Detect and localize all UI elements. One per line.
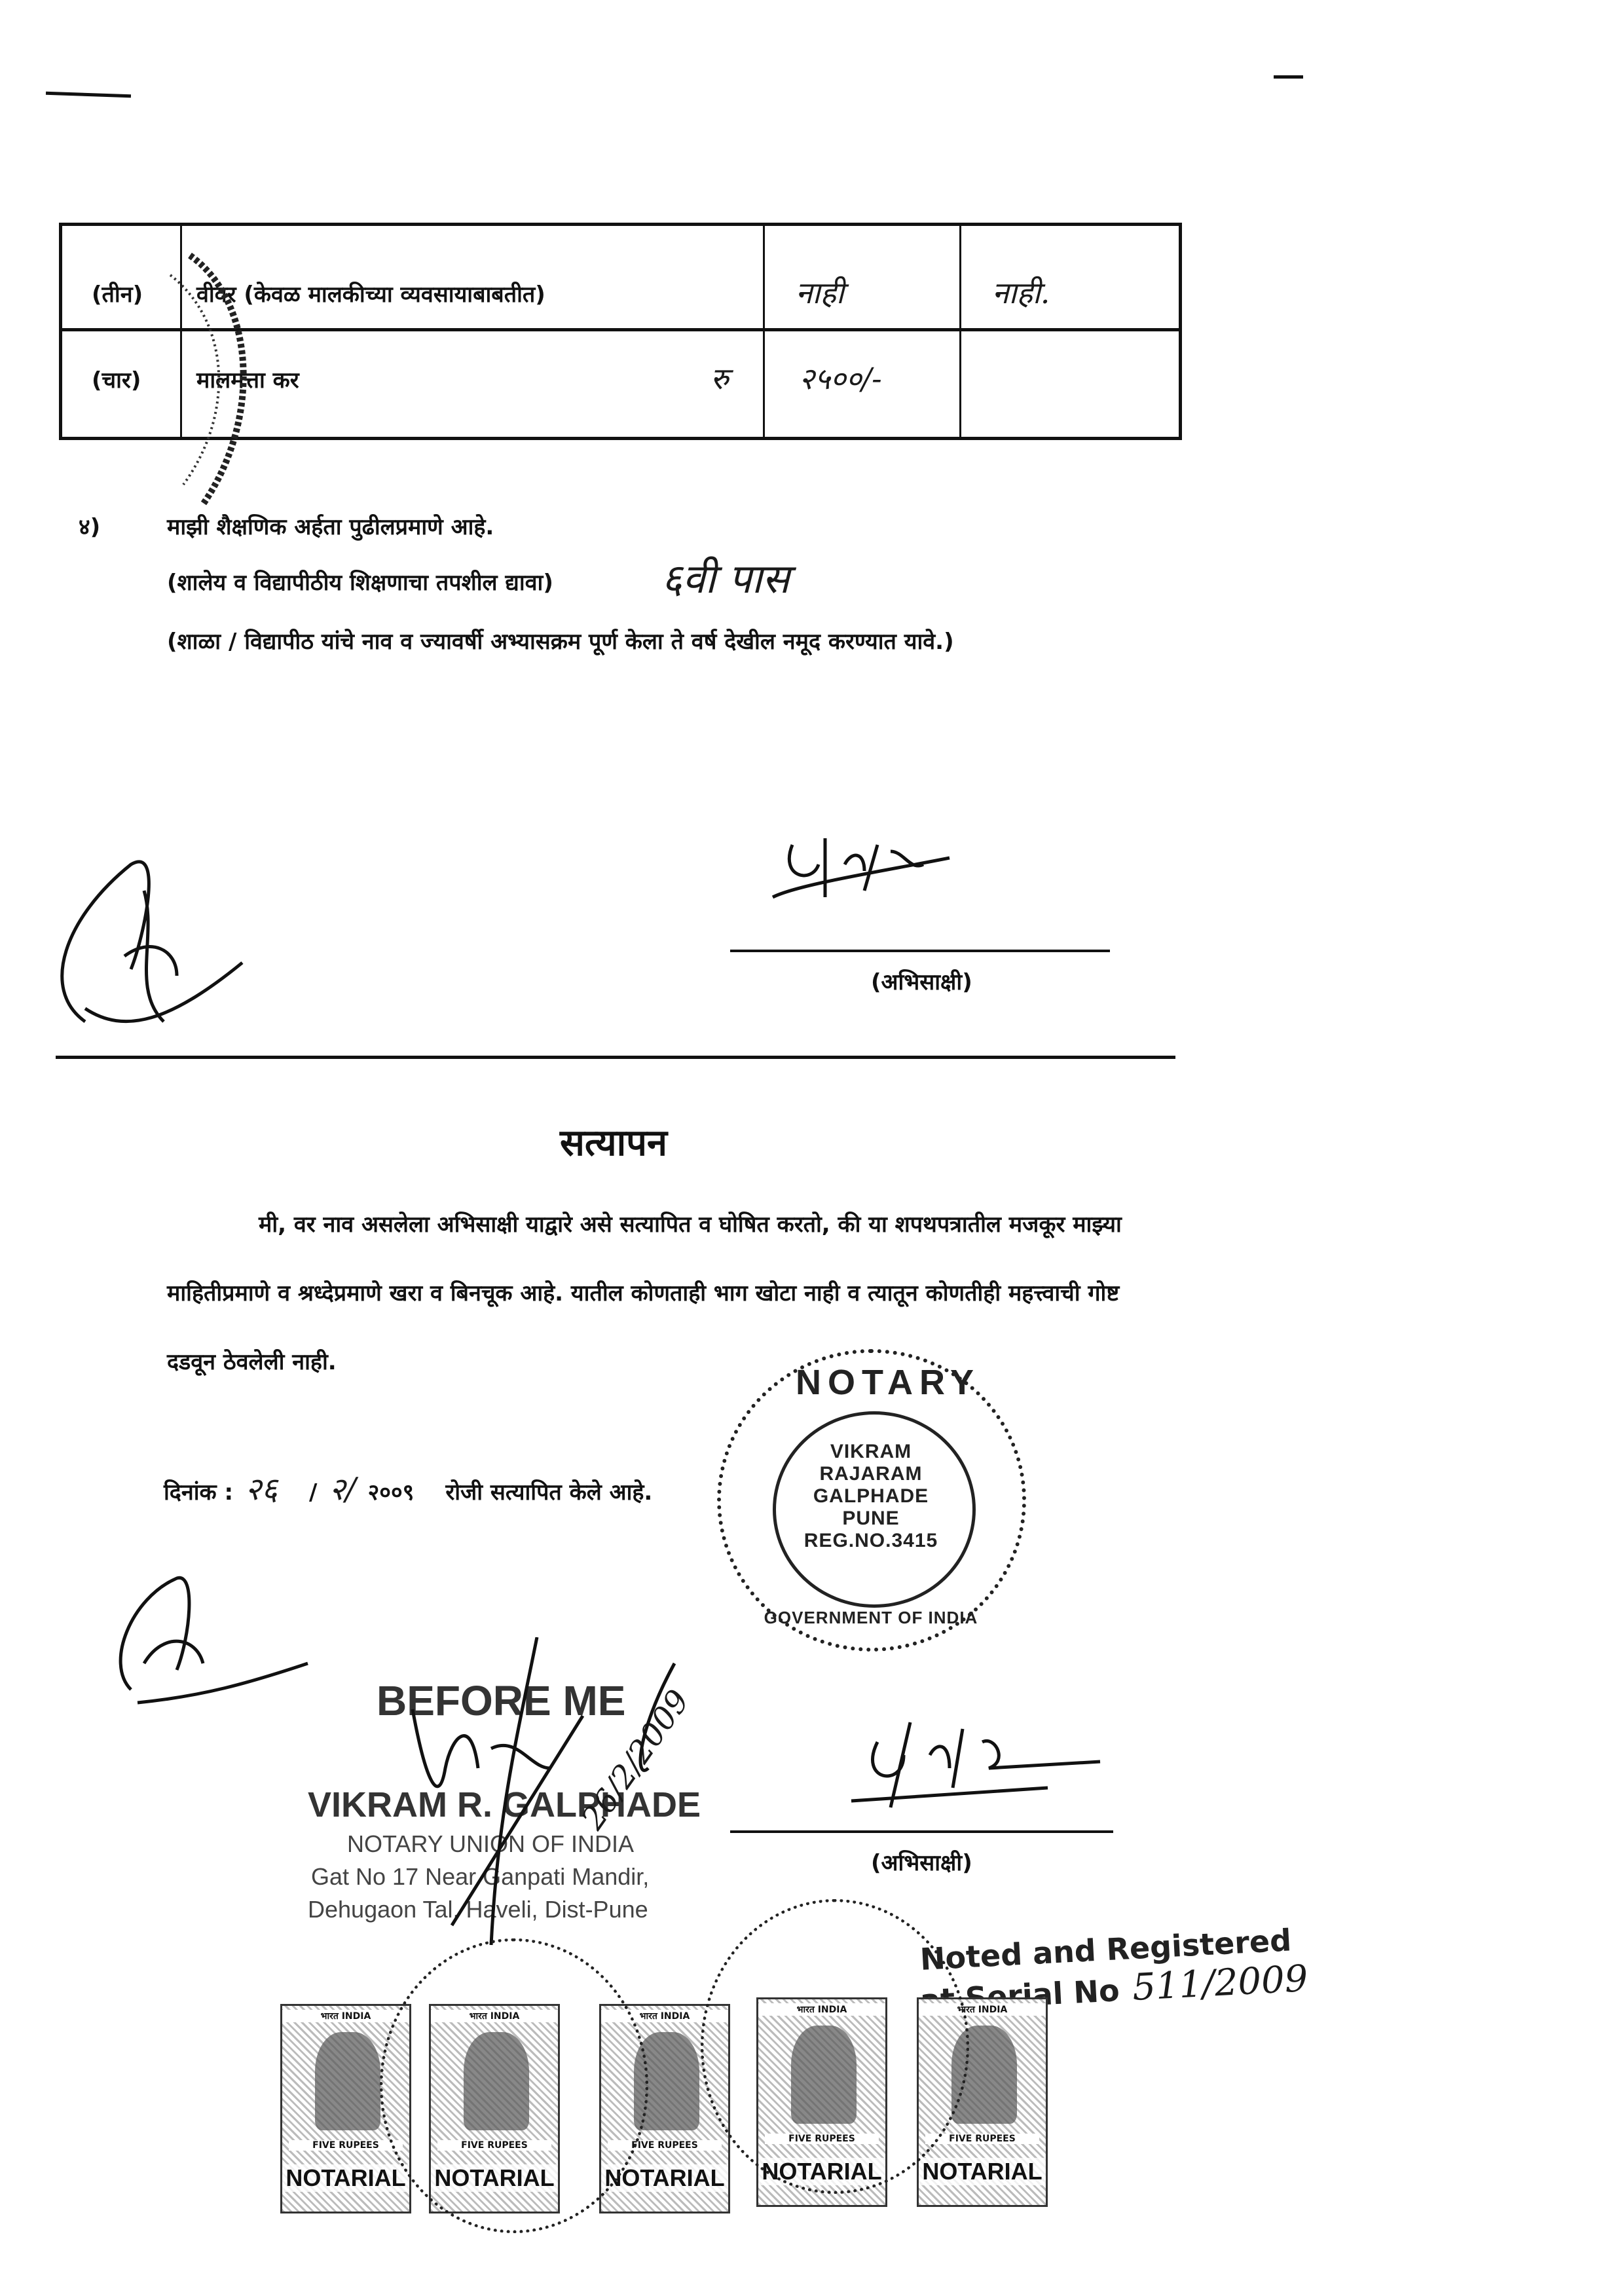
row-index: (चार) — [92, 364, 141, 394]
date-month: २/ — [329, 1467, 356, 1509]
education-number: ४) — [79, 511, 100, 541]
seal-overlay-left — [380, 1938, 648, 2233]
row-value-1: २५००/- — [799, 358, 882, 398]
signature-label-1: (अभिसाक्षी) — [871, 966, 972, 996]
signature-line-1 — [730, 950, 1110, 952]
date-separator: / — [309, 1479, 317, 1506]
education-heading: माझी शैक्षणिक अर्हता पुढीलप्रमाणे आहे. — [167, 511, 494, 541]
verification-title: सत्यापन — [560, 1117, 667, 1166]
row-index: (तीन) — [92, 278, 143, 308]
witness-signature-1 — [753, 825, 976, 923]
date-year: २००९ — [368, 1476, 415, 1506]
row-value-2: नाही. — [992, 272, 1050, 312]
stamp-label: NOTARIAL — [919, 2158, 1046, 2185]
deponent-signature-2 — [105, 1559, 321, 1716]
seal-outer-top: NOTARY — [796, 1362, 953, 1403]
date-suffix: रोजी सत्यापित केले आहे. — [445, 1476, 652, 1506]
seal-arc-icon — [164, 249, 308, 511]
currency-symbol: रु — [710, 358, 729, 398]
verification-para-line-2: माहितीप्रमाणे व श्रध्देप्रमाणे खरा व बिन… — [167, 1277, 1119, 1307]
stamp-label: NOTARIAL — [282, 2164, 409, 2192]
scan-mark-top-left — [46, 92, 131, 98]
witness-signature-2 — [838, 1716, 1113, 1814]
seal-line: PUNE — [779, 1508, 963, 1530]
seal-line: VIKRAM — [779, 1441, 963, 1463]
seal-line: GALPHADE — [779, 1485, 963, 1508]
section-divider — [56, 1056, 1175, 1059]
row-value-1: नाही — [796, 272, 844, 312]
signature-line-2 — [730, 1830, 1113, 1833]
registration-serial-value: 511/2009 — [1132, 1957, 1309, 2009]
signature-label-2: (अभिसाक्षी) — [871, 1847, 972, 1877]
verification-date: दिनांक : २६ / २/ २००९ रोजी सत्यापित केले… — [164, 1467, 652, 1509]
education-handwritten-value: ६वी पास — [661, 550, 790, 605]
verification-para-line-3: दडवून ठेवलेली नाही. — [167, 1346, 337, 1376]
date-day: २६ — [245, 1467, 278, 1509]
education-instruction: (शालेय व विद्यापीठीय शिक्षणाचा तपशील द्य… — [167, 566, 553, 597]
emblem-icon — [315, 2032, 380, 2130]
education-note: (शाळा / विद्यापीठ यांचे नाव व ज्यावर्षी … — [167, 625, 954, 656]
date-label: दिनांक : — [164, 1476, 233, 1506]
notary-seal: NOTARY GOVERNMENT OF INDIA VIKRAM RAJARA… — [717, 1349, 1031, 1650]
scan-mark-top-right — [1274, 75, 1303, 79]
notary-signature — [386, 1637, 753, 1952]
deponent-signature-1 — [46, 838, 295, 1054]
seal-line: RAJARAM — [779, 1463, 963, 1485]
seal-overlay-right — [701, 1899, 969, 2194]
verification-para-line-1: मी, वर नाव असलेला अभिसाक्षी याद्वारे असे… — [259, 1208, 1122, 1238]
seal-outer-bottom: GOVERNMENT OF INDIA — [743, 1608, 999, 1628]
seal-line: REG.NO.3415 — [779, 1530, 963, 1552]
